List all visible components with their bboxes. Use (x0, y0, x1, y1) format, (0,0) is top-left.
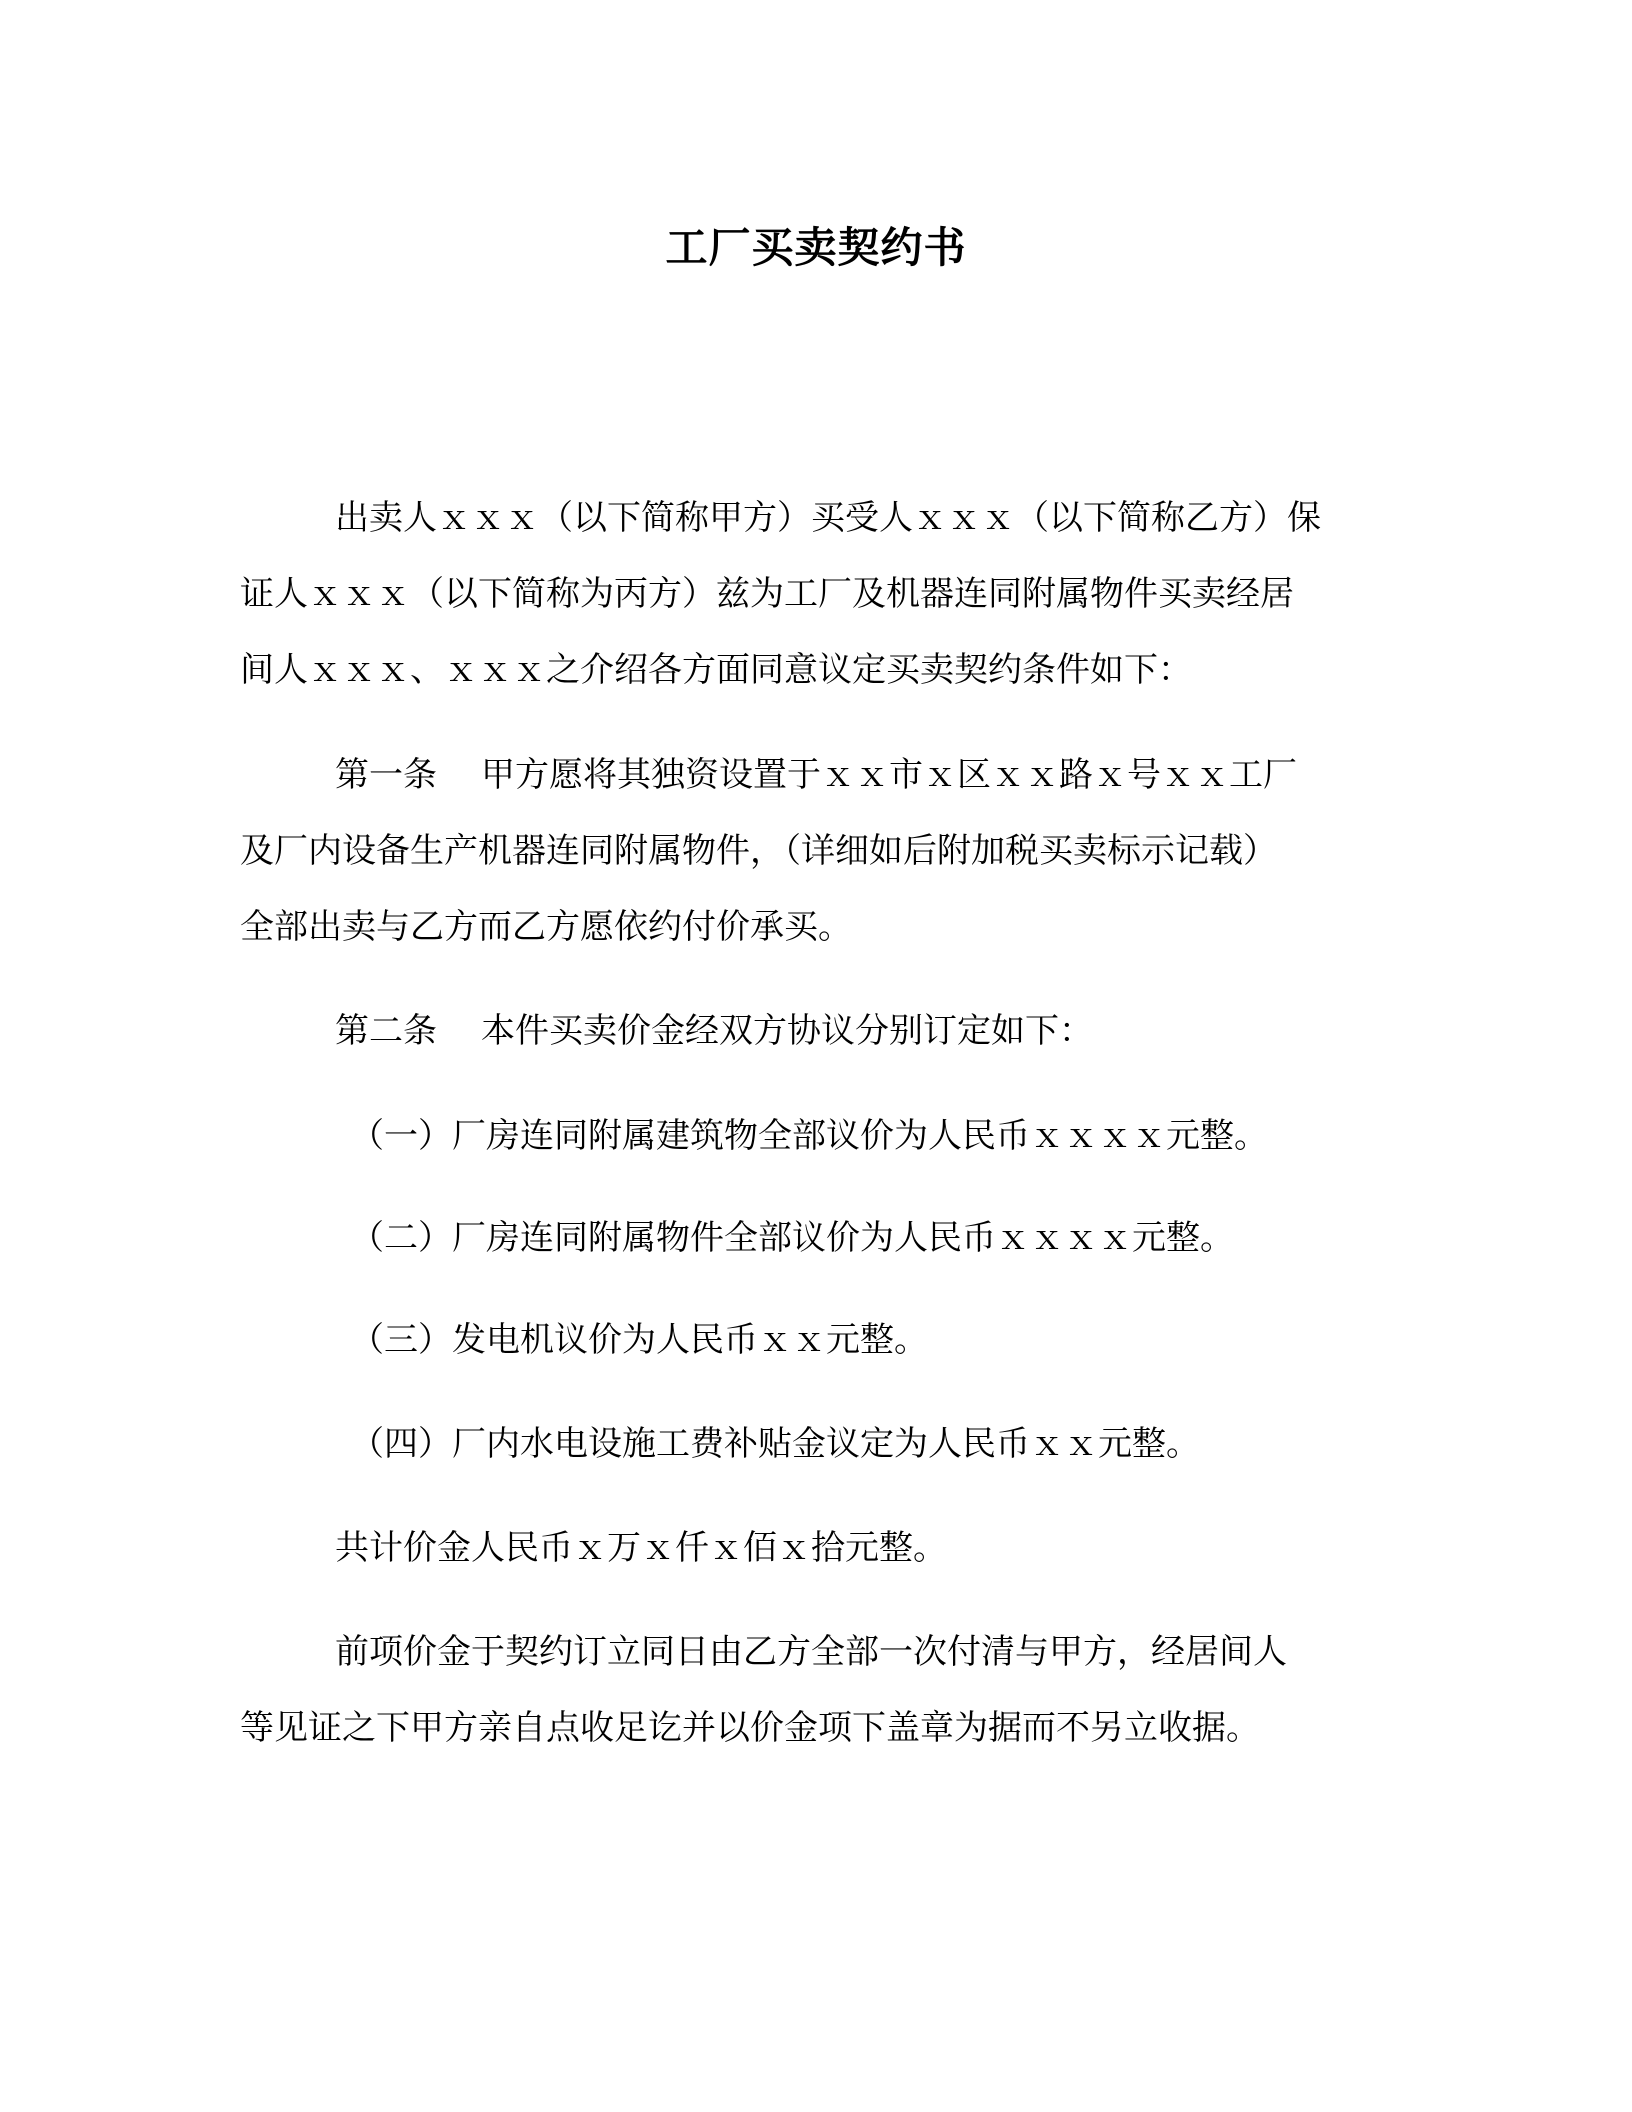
price-item-4: （四）厂内水电设施工费补贴金议定为人民币ｘｘ元整。 (350, 1422, 1200, 1466)
intro-line-2: 证人ｘｘｘ（以下简称为丙方）兹为工厂及机器连同附属物件买卖经居 (240, 572, 1294, 616)
document-title: 工厂买卖契约书 (0, 222, 1632, 274)
article-2-text: 本件买卖价金经双方协议分别订定如下： (481, 1011, 1093, 1051)
price-item-text: 厂房连同附属物件全部议价为人民币ｘｘｘｘ元整。 (452, 1218, 1234, 1258)
article-1-line-1: 第一条甲方愿将其独资设置于ｘｘ市ｘ区ｘｘ路ｘ号ｘｘ工厂 (335, 753, 1297, 797)
article-1-label: 第一条 (335, 755, 437, 795)
article-1-line-3: 全部出卖与乙方而乙方愿依约付价承买。 (240, 905, 852, 949)
price-item-text: 厂房连同附属建筑物全部议价为人民币ｘｘｘｘ元整。 (452, 1116, 1268, 1156)
price-item-text: 厂内水电设施工费补贴金议定为人民币ｘｘ元整。 (452, 1424, 1200, 1464)
price-item-2: （二）厂房连同附属物件全部议价为人民币ｘｘｘｘ元整。 (350, 1216, 1234, 1260)
intro-line-3: 间人ｘｘｘ、ｘｘｘ之介绍各方面同意议定买卖契约条件如下： (240, 648, 1192, 692)
price-item-1: （一）厂房连同附属建筑物全部议价为人民币ｘｘｘｘ元整。 (350, 1114, 1268, 1158)
price-item-text: 发电机议价为人民币ｘｘ元整。 (452, 1320, 928, 1360)
article-2-label: 第二条 (335, 1011, 437, 1051)
document-page: 工厂买卖契约书 出卖人ｘｘｘ（以下简称甲方）买受人ｘｘｘ（以下简称乙方）保 证人… (0, 0, 1632, 2112)
price-item-number: （二） (350, 1218, 452, 1258)
price-item-number: （三） (350, 1320, 452, 1360)
article-1-line-2: 及厂内设备生产机器连同附属物件，（详细如后附加税买卖标示记载） (240, 829, 1277, 873)
price-item-number: （一） (350, 1116, 452, 1156)
price-item-3: （三）发电机议价为人民币ｘｘ元整。 (350, 1318, 928, 1362)
intro-line-1: 出卖人ｘｘｘ（以下简称甲方）买受人ｘｘｘ（以下简称乙方）保 (335, 496, 1321, 540)
payment-line-1: 前项价金于契约订立同日由乙方全部一次付清与甲方，经居间人 (335, 1630, 1287, 1674)
article-1-text: 甲方愿将其独资设置于ｘｘ市ｘ区ｘｘ路ｘ号ｘｘ工厂 (481, 755, 1297, 795)
article-2-line-1: 第二条本件买卖价金经双方协议分别订定如下： (335, 1009, 1093, 1053)
payment-line-2: 等见证之下甲方亲自点收足讫并以价金项下盖章为据而不另立收据。 (240, 1706, 1260, 1750)
price-item-number: （四） (350, 1424, 452, 1464)
price-total: 共计价金人民币ｘ万ｘ仟ｘ佰ｘ拾元整。 (335, 1526, 947, 1570)
